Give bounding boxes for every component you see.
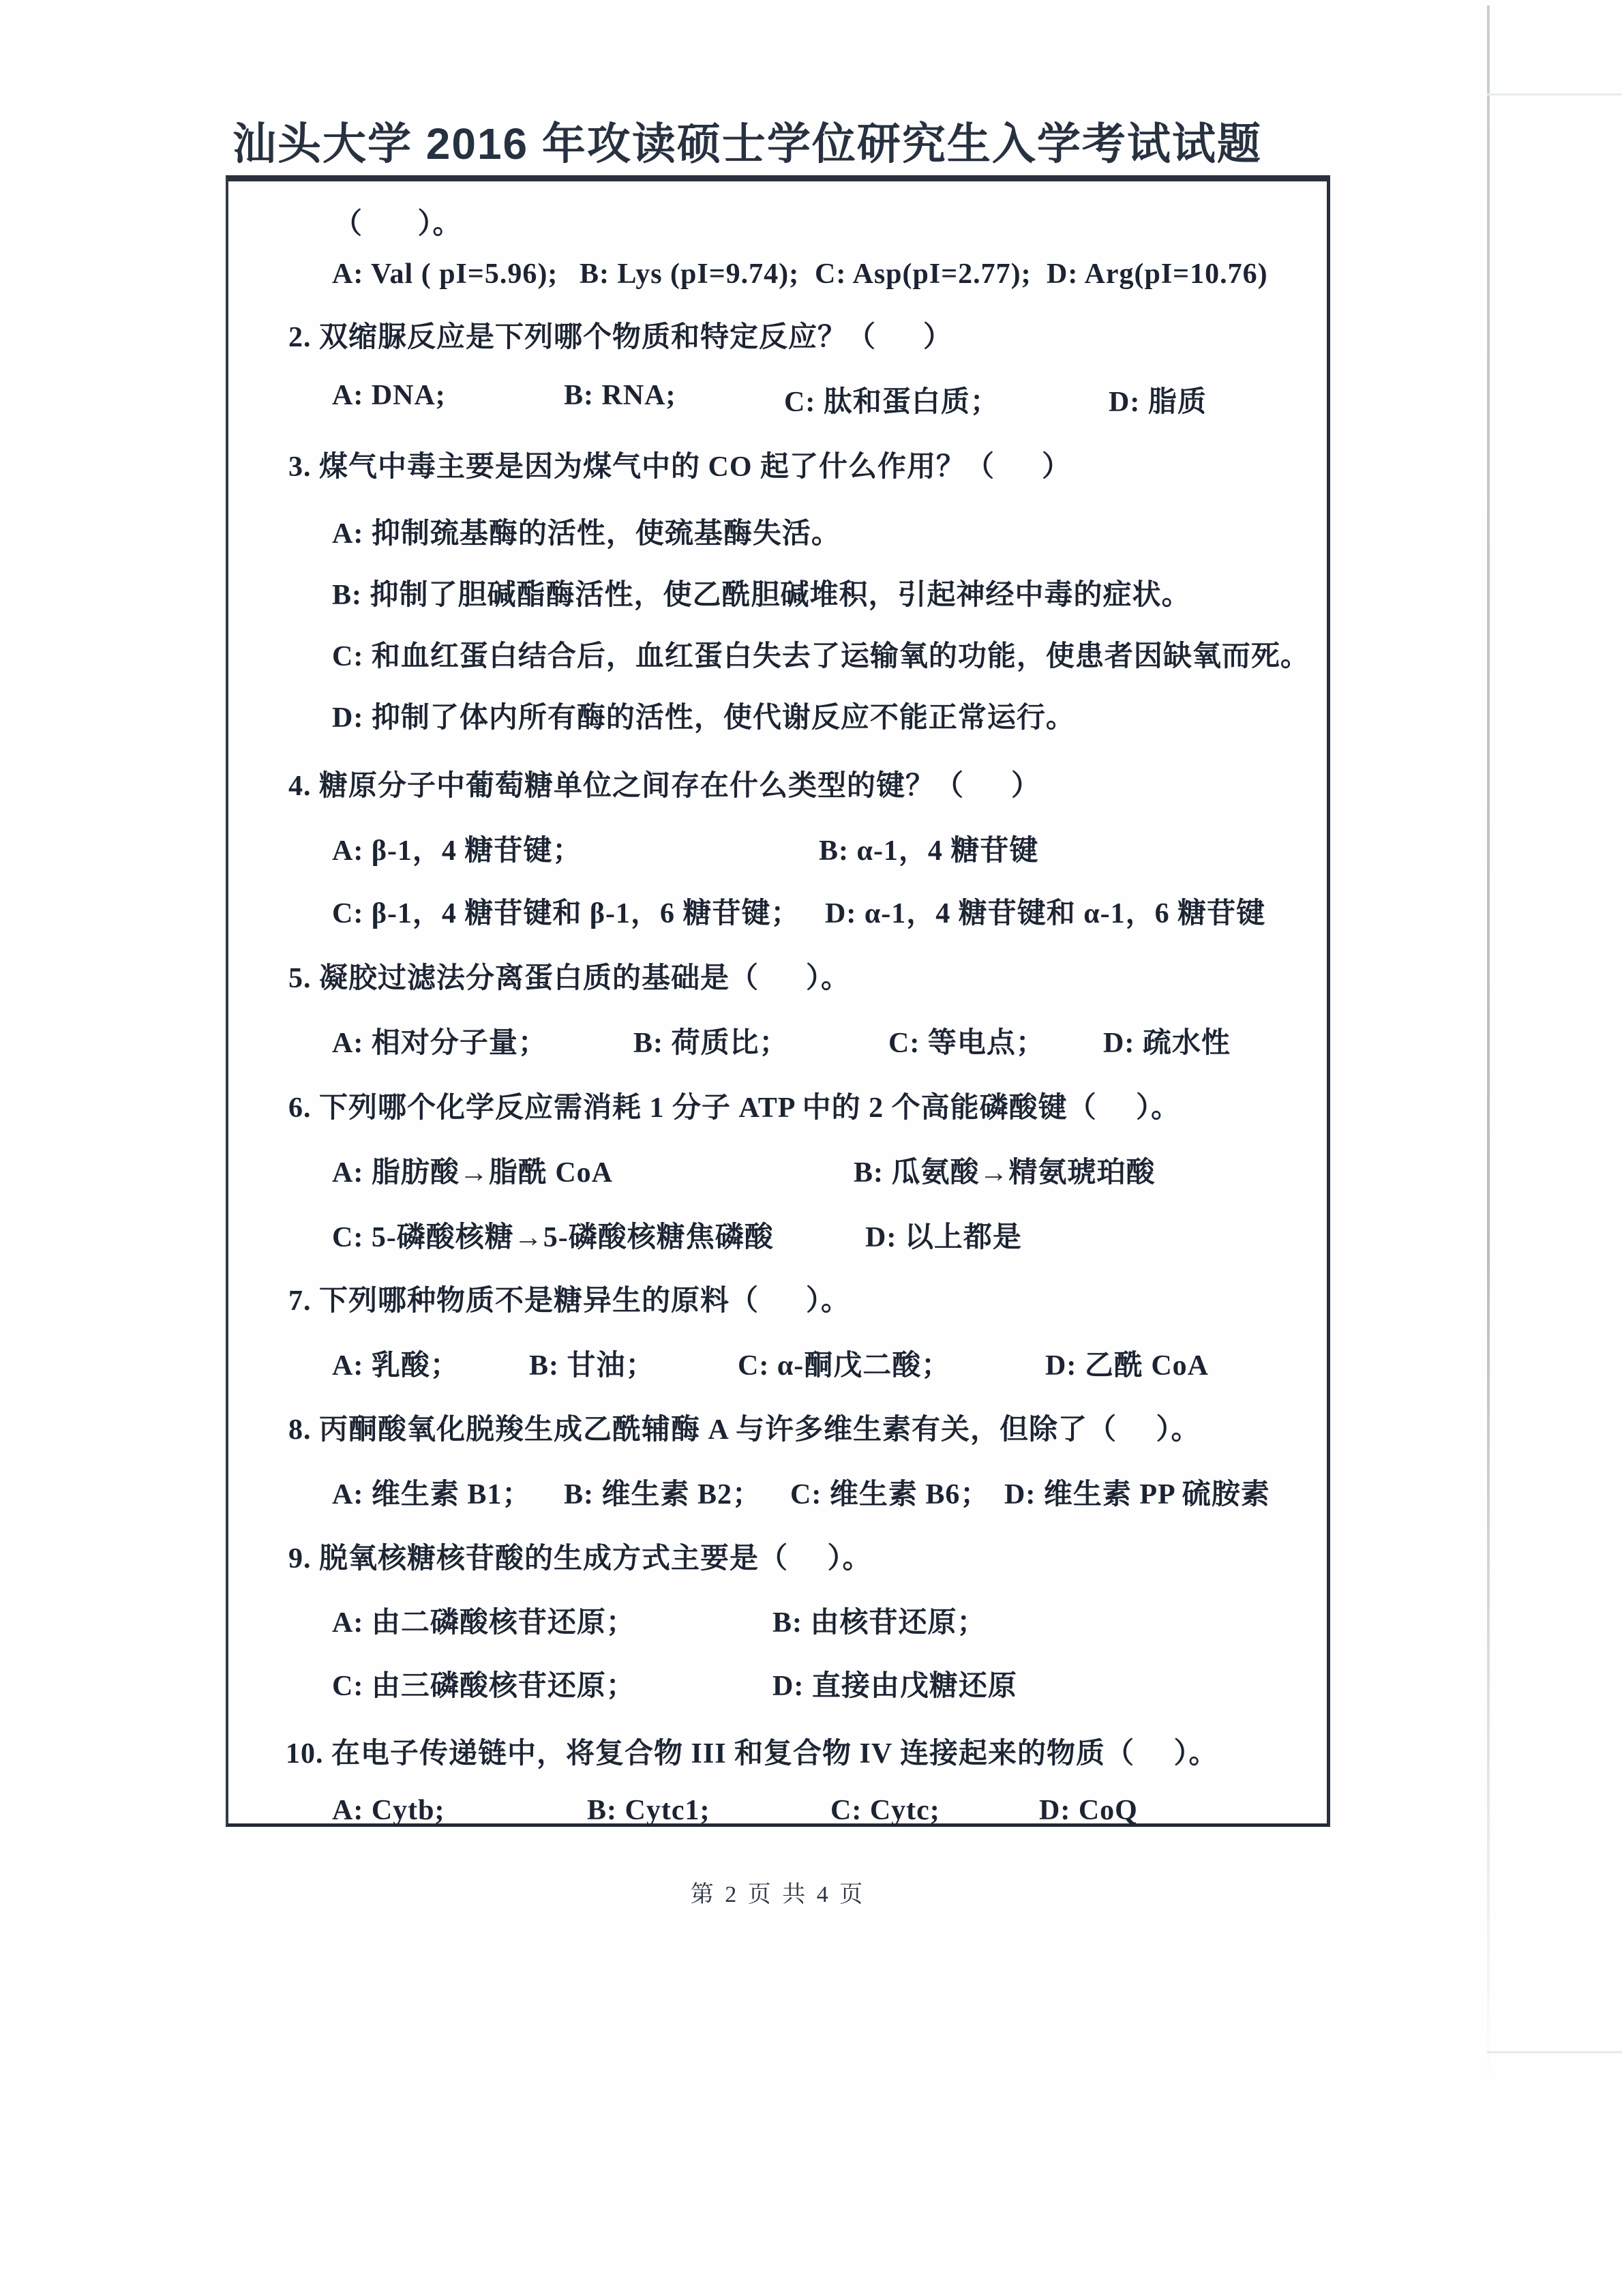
text-line: B: 抑制了胆碱酯酶活性，使乙酰胆碱堆积，引起神经中毒的症状。 bbox=[228, 572, 1327, 614]
text-line: 9. 脱氧核糖核苷酸的生成方式主要是（ ）。 bbox=[228, 1536, 1327, 1578]
text-line: A: 维生素 B1；B: 维生素 B2；C: 维生素 B6；D: 维生素 PP … bbox=[228, 1472, 1327, 1514]
page-number: 第 2 页 共 4 页 bbox=[226, 1875, 1330, 1909]
question-box: （ ）。A: Val ( pI=5.96);B: Lys (pI=9.74);C… bbox=[226, 175, 1330, 1827]
question-8-option-a: A: 维生素 B1； bbox=[332, 1472, 531, 1512]
question-9-text: 9. 脱氧核糖核苷酸的生成方式主要是（ ）。 bbox=[288, 1536, 872, 1577]
question-5-option-a: A: 相对分子量； bbox=[332, 1020, 547, 1061]
question-10-option-b: B: Cytc1; bbox=[587, 1794, 710, 1827]
question-7-option-b: B: 甘油； bbox=[529, 1343, 655, 1384]
text-line: A: 由二磷酸核苷还原；B: 由核苷还原； bbox=[228, 1600, 1327, 1642]
text-line: C: 由三磷酸核苷还原；D: 直接由戊糖还原 bbox=[228, 1663, 1327, 1705]
scan-artifact-vertical-line bbox=[1487, 5, 1490, 2091]
scan-artifact-horizontal-line-top bbox=[1487, 93, 1622, 95]
question-6-option-b: B: 瓜氨酸→精氨琥珀酸 bbox=[854, 1150, 1156, 1191]
question-4-option-a: A: β-1，4 糖苷键； bbox=[332, 828, 582, 869]
question-9-option-b: B: 由核苷还原； bbox=[772, 1600, 987, 1641]
question-5-option-c: C: 等电点； bbox=[888, 1020, 1045, 1061]
question-2-option-c: C: 肽和蛋白质； bbox=[784, 379, 1000, 420]
text-line: 4. 糖原分子中葡萄糖单位之间存在什么类型的键？（ ） bbox=[228, 763, 1327, 805]
question-5-option-b: B: 荷质比； bbox=[633, 1020, 789, 1061]
question-5-text: 5. 凝胶过滤法分离蛋白质的基础是（ ）。 bbox=[288, 955, 850, 996]
question-2-option-d: D: 脂质 bbox=[1109, 379, 1207, 420]
text-line: A: Val ( pI=5.96);B: Lys (pI=9.74);C: As… bbox=[228, 258, 1327, 300]
question-1-option-a: A: Val ( pI=5.96); bbox=[332, 258, 558, 290]
question-9-option-a: A: 由二磷酸核苷还原； bbox=[332, 1600, 635, 1641]
question-2-text: 2. 双缩脲反应是下列哪个物质和特定反应？（ ） bbox=[288, 314, 952, 355]
question-7-option-d: D: 乙酰 CoA bbox=[1045, 1343, 1209, 1384]
text-line: A: 相对分子量；B: 荷质比；C: 等电点；D: 疏水性 bbox=[228, 1020, 1327, 1062]
question-6-text: 6. 下列哪个化学反应需消耗 1 分子 ATP 中的 2 个高能磷酸键（ ）。 bbox=[288, 1085, 1180, 1126]
text-line: A: β-1，4 糖苷键；B: α-1，4 糖苷键 bbox=[228, 828, 1327, 870]
question-3-option-d: D: 抑制了体内所有酶的活性，使代谢反应不能正常运行。 bbox=[332, 695, 1075, 736]
question-4-option-c: C: β-1，4 糖苷键和 β-1，6 糖苷键； bbox=[332, 891, 800, 931]
question-5-option-d: D: 疏水性 bbox=[1103, 1020, 1231, 1061]
scan-artifact-horizontal-line-bottom bbox=[1487, 2051, 1622, 2053]
question-1-option-c: C: Asp(pI=2.77); bbox=[815, 258, 1032, 290]
question-9-option-c: C: 由三磷酸核苷还原； bbox=[332, 1663, 635, 1704]
question-3-text: 3. 煤气中毒主要是因为煤气中的 CO 起了什么作用？（ ） bbox=[288, 444, 1071, 485]
question-8-text: 8. 丙酮酸氧化脱羧生成乙酰辅酶 A 与许多维生素有关，但除了（ ）。 bbox=[288, 1407, 1201, 1448]
question-6-option-a: A: 脂肪酸→脂酰 CoA bbox=[332, 1150, 613, 1191]
text-line: 7. 下列哪种物质不是糖异生的原料（ ）。 bbox=[228, 1278, 1327, 1320]
text-line: A: 抑制巯基酶的活性，使巯基酶失活。 bbox=[228, 511, 1327, 553]
text-line: A: Cytb;B: Cytc1;C: Cytc;D: CoQ bbox=[228, 1794, 1327, 1836]
question-3-option-b: B: 抑制了胆碱酯酶活性，使乙酰胆碱堆积，引起神经中毒的症状。 bbox=[332, 572, 1191, 613]
text-line: 10. 在电子传递链中，将复合物 III 和复合物 IV 连接起来的物质（ ）。 bbox=[228, 1731, 1327, 1773]
question-3-option-a: A: 抑制巯基酶的活性，使巯基酶失活。 bbox=[332, 511, 841, 552]
question-4-text: 4. 糖原分子中葡萄糖单位之间存在什么类型的键？（ ） bbox=[288, 763, 1040, 804]
question-10-option-a: A: Cytb; bbox=[332, 1794, 445, 1827]
question-10-text: 10. 在电子传递链中，将复合物 III 和复合物 IV 连接起来的物质（ ）。 bbox=[286, 1731, 1218, 1772]
text-line: 6. 下列哪个化学反应需消耗 1 分子 ATP 中的 2 个高能磷酸键（ ）。 bbox=[228, 1085, 1327, 1127]
text-line: 2. 双缩脲反应是下列哪个物质和特定反应？（ ） bbox=[228, 314, 1327, 357]
text-line: C: 和血红蛋白结合后，血红蛋白失去了运输氧的功能，使患者因缺氧而死。 bbox=[228, 633, 1327, 676]
question-10-option-c: C: Cytc; bbox=[830, 1794, 940, 1827]
text-line: C: 5-磷酸核糖→5-磷酸核糖焦磷酸D: 以上都是 bbox=[228, 1214, 1327, 1257]
question-7-option-c: C: α-酮戊二酸； bbox=[738, 1343, 950, 1384]
question-1-answer-blank: （ ）。 bbox=[333, 201, 462, 242]
text-line: 3. 煤气中毒主要是因为煤气中的 CO 起了什么作用？（ ） bbox=[228, 444, 1327, 486]
scanned-exam-page: 汕头大学 2016 年攻读硕士学位研究生入学考试试题 （ ）。A: Val ( … bbox=[0, 0, 1622, 2296]
question-10-option-d: D: CoQ bbox=[1039, 1794, 1138, 1827]
question-8-option-c: C: 维生素 B6； bbox=[790, 1472, 989, 1512]
question-2-option-b: B: RNA; bbox=[564, 379, 676, 412]
page-title: 汕头大学 2016 年攻读硕士学位研究生入学考试试题 bbox=[232, 109, 1262, 172]
text-line: C: β-1，4 糖苷键和 β-1，6 糖苷键；D: α-1，4 糖苷键和 α-… bbox=[228, 891, 1327, 933]
question-6-option-d: D: 以上都是 bbox=[865, 1214, 1022, 1255]
text-line: A: DNA;B: RNA;C: 肽和蛋白质；D: 脂质 bbox=[228, 379, 1327, 421]
question-1-option-d: D: Arg(pI=10.76) bbox=[1047, 258, 1268, 290]
question-6-option-c: C: 5-磷酸核糖→5-磷酸核糖焦磷酸 bbox=[332, 1214, 774, 1255]
text-line: A: 乳酸；B: 甘油；C: α-酮戊二酸；D: 乙酰 CoA bbox=[228, 1343, 1327, 1385]
question-4-option-d: D: α-1，4 糖苷键和 α-1，6 糖苷键 bbox=[825, 891, 1265, 931]
text-line: A: 脂肪酸→脂酰 CoAB: 瓜氨酸→精氨琥珀酸 bbox=[228, 1150, 1327, 1192]
question-9-option-d: D: 直接由戊糖还原 bbox=[772, 1663, 1017, 1704]
question-4-option-b: B: α-1，4 糖苷键 bbox=[819, 828, 1038, 869]
question-1-option-b: B: Lys (pI=9.74); bbox=[580, 258, 799, 290]
text-line: D: 抑制了体内所有酶的活性，使代谢反应不能正常运行。 bbox=[228, 695, 1327, 737]
question-7-option-a: A: 乳酸； bbox=[332, 1343, 460, 1384]
question-8-option-d: D: 维生素 PP 硫胺素 bbox=[1004, 1472, 1270, 1512]
question-3-option-c: C: 和血红蛋白结合后，血红蛋白失去了运输氧的功能，使患者因缺氧而死。 bbox=[332, 633, 1310, 674]
question-2-option-a: A: DNA; bbox=[332, 379, 446, 412]
question-8-option-b: B: 维生素 B2； bbox=[564, 1472, 762, 1512]
text-line: 5. 凝胶过滤法分离蛋白质的基础是（ ）。 bbox=[228, 955, 1327, 998]
text-line: （ ）。 bbox=[228, 201, 1327, 243]
text-line: 8. 丙酮酸氧化脱羧生成乙酰辅酶 A 与许多维生素有关，但除了（ ）。 bbox=[228, 1407, 1327, 1449]
question-7-text: 7. 下列哪种物质不是糖异生的原料（ ）。 bbox=[288, 1278, 850, 1319]
